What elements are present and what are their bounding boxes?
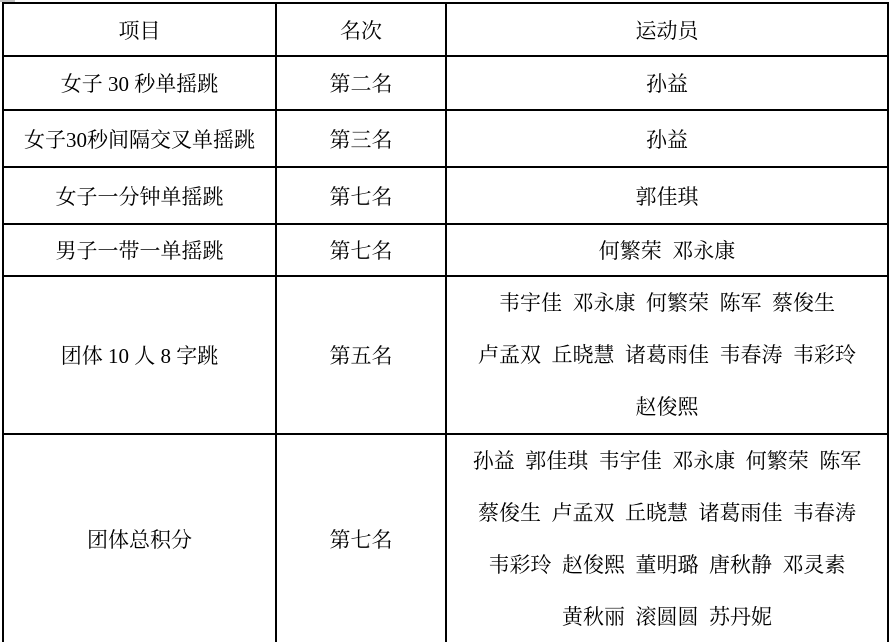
rank-cell: 第五名 (276, 276, 446, 434)
athletes-cell: 何繁荣 邓永康 (446, 224, 888, 276)
table-row: 女子 30 秒单摇跳 第二名 孙益 (3, 56, 888, 110)
table-row: 女子30秒间隔交叉单摇跳 第三名 孙益 (3, 110, 888, 167)
event-cell: 团体 10 人 8 字跳 (3, 276, 276, 434)
athletes-cell: 孙益 (446, 56, 888, 110)
event-cell: 女子 30 秒单摇跳 (3, 56, 276, 110)
event-cell: 女子30秒间隔交叉单摇跳 (3, 110, 276, 167)
table-row: 团体 10 人 8 字跳 第五名 韦宇佳 邓永康 何繁荣 陈军 蔡俊生 卢孟双 … (3, 276, 888, 434)
athletes-cell: 韦宇佳 邓永康 何繁荣 陈军 蔡俊生 卢孟双 丘晓慧 诸葛雨佳 韦春涛 韦彩玲 … (446, 276, 888, 434)
table-row: 团体总积分 第七名 孙益 郭佳琪 韦宇佳 邓永康 何繁荣 陈军 蔡俊生 卢孟双 … (3, 434, 888, 642)
header-event: 项目 (3, 3, 276, 56)
header-rank: 名次 (276, 3, 446, 56)
rank-cell: 第七名 (276, 224, 446, 276)
results-table: 项目 名次 运动员 女子 30 秒单摇跳 第二名 孙益 女子30秒间隔交叉单摇跳… (2, 2, 889, 642)
header-athletes: 运动员 (446, 3, 888, 56)
event-cell: 团体总积分 (3, 434, 276, 642)
athletes-cell: 孙益 (446, 110, 888, 167)
event-cell: 女子一分钟单摇跳 (3, 167, 276, 224)
table-header-row: 项目 名次 运动员 (3, 3, 888, 56)
rank-cell: 第七名 (276, 434, 446, 642)
athletes-cell: 郭佳琪 (446, 167, 888, 224)
event-cell: 男子一带一单摇跳 (3, 224, 276, 276)
table-row: 女子一分钟单摇跳 第七名 郭佳琪 (3, 167, 888, 224)
rank-cell: 第三名 (276, 110, 446, 167)
athletes-cell: 孙益 郭佳琪 韦宇佳 邓永康 何繁荣 陈军 蔡俊生 卢孟双 丘晓慧 诸葛雨佳 韦… (446, 434, 888, 642)
table-row: 男子一带一单摇跳 第七名 何繁荣 邓永康 (3, 224, 888, 276)
rank-cell: 第二名 (276, 56, 446, 110)
rank-cell: 第七名 (276, 167, 446, 224)
